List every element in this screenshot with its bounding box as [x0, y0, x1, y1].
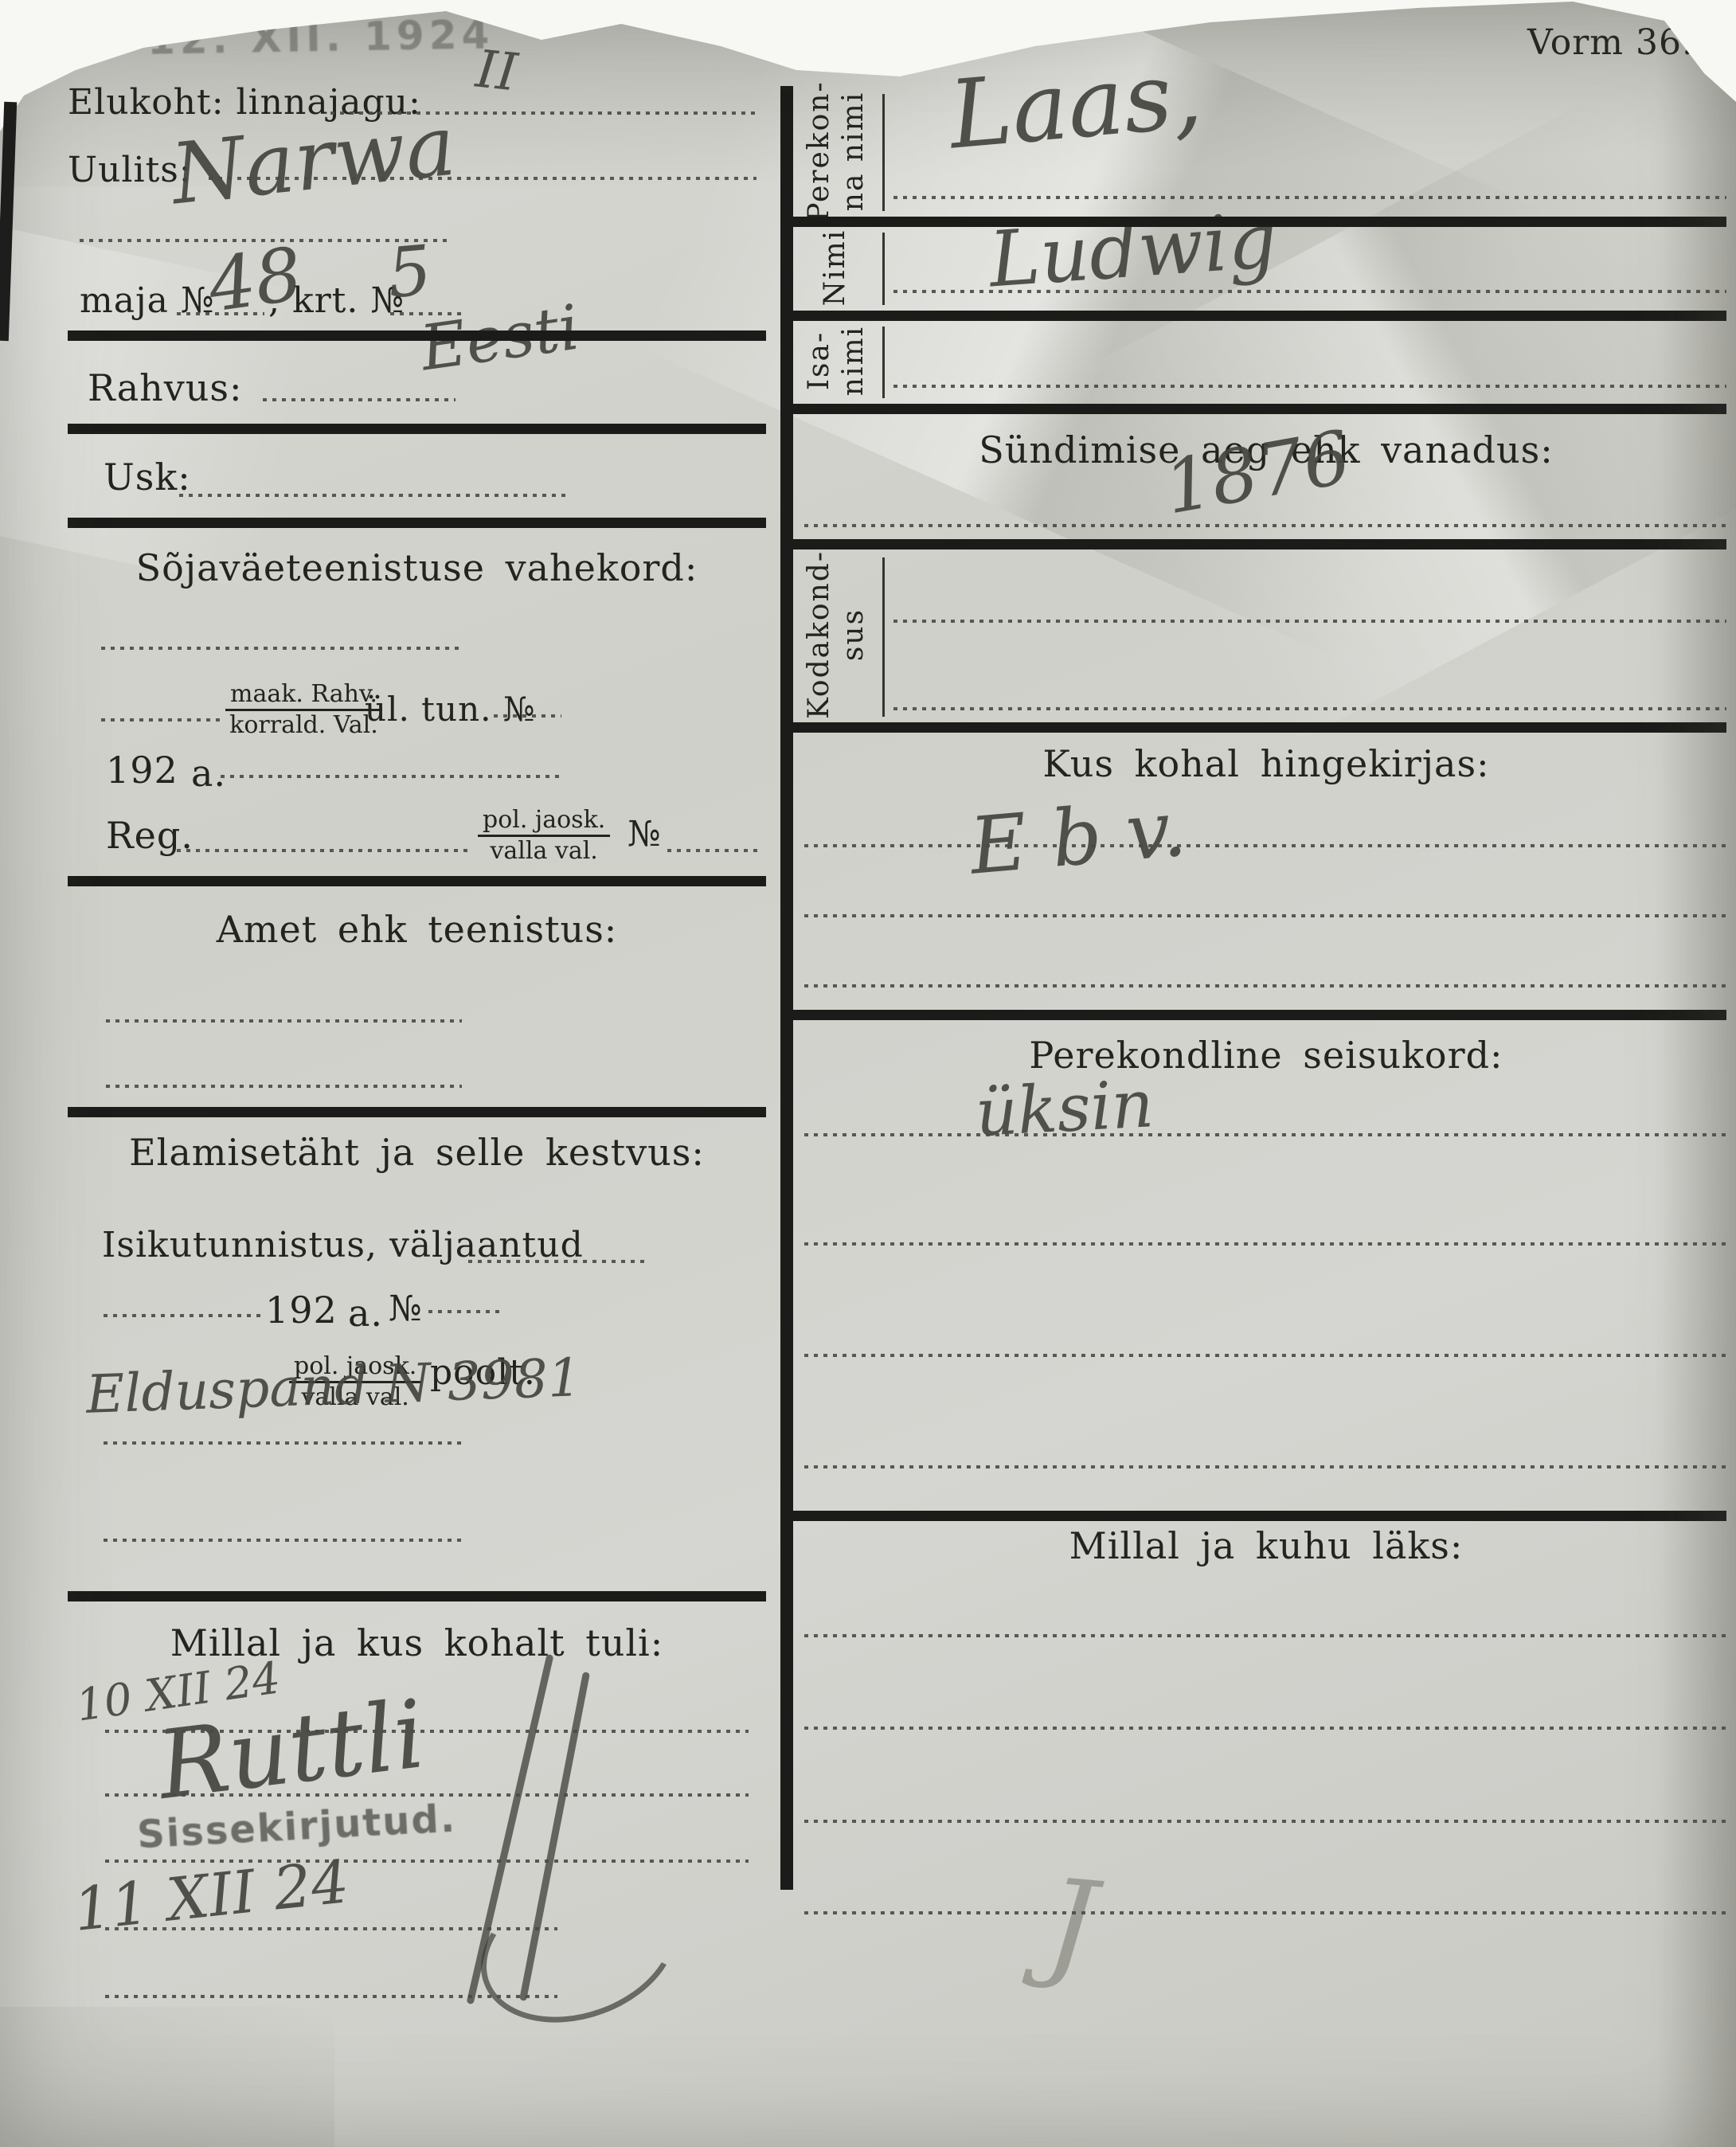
- divider: [68, 1591, 766, 1601]
- rahvus-label: Rahvus:: [88, 366, 242, 409]
- crease-diagonal-2: [1073, 90, 1736, 754]
- dotted-line: [104, 1441, 462, 1445]
- dotted-line: [804, 1820, 1726, 1823]
- dotted-line: [177, 849, 471, 852]
- no-sign-2: №: [389, 1289, 423, 1329]
- dotted-line: [105, 1860, 749, 1863]
- laks-heading: Millal ja kuhu läks:: [804, 1524, 1728, 1567]
- divider: [68, 424, 766, 434]
- no-sign-1: №: [628, 814, 662, 854]
- divider: [793, 1511, 1726, 1521]
- dotted-line: [263, 398, 456, 401]
- dotted-line: [106, 1019, 462, 1023]
- form-code: Vorm 36.: [1527, 22, 1694, 63]
- hingekirjas-value-handwritten: E b v.: [967, 783, 1190, 892]
- dotted-line: [804, 524, 1726, 527]
- sojavae-heading: Sõjaväeteenistuse vahekord:: [68, 546, 766, 589]
- dotted-line: [428, 1310, 500, 1313]
- label-separator: [882, 94, 885, 211]
- scanned-registration-card: 12. XII. 1924 Sissekirjutud. Vorm 36. El…: [0, 0, 1736, 2147]
- dotted-line: [105, 1793, 749, 1797]
- divider: [68, 518, 766, 528]
- column-divider: [780, 86, 793, 1890]
- divider: [793, 539, 1726, 549]
- elamisetaht-heading: Elamisetäht ja selle kestvus:: [68, 1131, 766, 1174]
- hingekirjas-heading: Kus kohal hingekirjas:: [804, 742, 1728, 785]
- divider: [793, 722, 1726, 733]
- maak-korrald-fraction: maak. Rahv. korrald. Val.: [225, 682, 382, 737]
- dotted-line: [494, 714, 561, 718]
- dotted-line: [804, 914, 1726, 917]
- perekondline-heading: Perekondline seisukord:: [804, 1034, 1728, 1077]
- amet-heading: Amet ehk teenistus:: [68, 908, 766, 951]
- isanimi-label: Isa- nimi: [802, 305, 869, 416]
- label-separator: [882, 557, 885, 717]
- dotted-line: [893, 707, 1726, 710]
- maak-fraction-bottom: korrald. Val.: [225, 711, 382, 738]
- dotted-line: [105, 1730, 749, 1733]
- label-separator: [882, 327, 885, 398]
- dotted-line: [105, 1927, 557, 1930]
- dotted-line: [104, 1314, 260, 1317]
- divider: [68, 876, 766, 886]
- divider: [793, 217, 1726, 227]
- dotted-line: [804, 1727, 1726, 1730]
- year-prefix-2: 192: [265, 1289, 338, 1332]
- dotted-line: [80, 239, 448, 242]
- elukoht-value-handwritten: II: [473, 40, 520, 104]
- millal-tuli-heading: Millal ja kus kohalt tuli:: [68, 1621, 766, 1664]
- dotted-line: [804, 1465, 1726, 1468]
- dotted-line: [104, 1539, 462, 1542]
- label-separator: [882, 233, 885, 305]
- dotted-line: [804, 844, 1726, 847]
- maak-fraction-top: maak. Rahv.: [225, 682, 382, 711]
- dotted-line: [893, 290, 1726, 293]
- krt-value-handwritten: 5: [385, 231, 435, 314]
- divider: [68, 1107, 766, 1117]
- perekonnanimi-value-handwritten: Laas,: [945, 38, 1206, 170]
- crease-bottom-left: [0, 2007, 334, 2147]
- paper: 12. XII. 1924 Sissekirjutud. Vorm 36. El…: [0, 0, 1736, 2147]
- nimi-value-handwritten: Ludwig: [987, 196, 1280, 305]
- dotted-line: [893, 620, 1726, 623]
- dotted-line: [221, 775, 561, 778]
- dotted-line: [330, 111, 757, 115]
- ul-tun-label: ül. tun. №: [365, 690, 536, 729]
- a-label-2: a.: [348, 1292, 383, 1335]
- dotted-line: [667, 849, 760, 852]
- perekondline-value-handwritten: üksin: [974, 1066, 1155, 1152]
- pol-fraction-top-1: pol. jaosk.: [478, 808, 610, 837]
- dotted-line: [893, 196, 1726, 199]
- dotted-line: [105, 1995, 557, 1998]
- isikutunnistus-value-handwritten: Elduspand N 3981: [85, 1347, 582, 1425]
- dotted-line: [804, 1242, 1726, 1246]
- dotted-line: [390, 312, 466, 315]
- dotted-line: [804, 1911, 1726, 1914]
- dotted-line: [179, 494, 567, 497]
- dotted-line: [804, 1133, 1726, 1136]
- dotted-line: [101, 718, 223, 722]
- dotted-line: [101, 647, 462, 650]
- perekonnanimi-label: Perekon- na nimi: [802, 72, 869, 231]
- pol-fraction-bottom-1: valla val.: [478, 837, 610, 864]
- usk-label: Usk:: [104, 456, 191, 499]
- dotted-line: [177, 312, 264, 315]
- divider: [793, 311, 1726, 321]
- dotted-line: [468, 1260, 647, 1263]
- pencil-mark-handwritten: J: [1042, 1854, 1101, 1996]
- pol-valla-fraction-1: pol. jaosk. valla val.: [478, 808, 610, 863]
- dotted-line: [804, 1634, 1726, 1637]
- divider: [793, 1010, 1726, 1020]
- dotted-line: [893, 385, 1726, 388]
- year-prefix-1: 192: [106, 749, 178, 792]
- dotted-line: [804, 984, 1726, 987]
- a-label-1: a.: [191, 752, 226, 795]
- divider: [793, 404, 1726, 414]
- dotted-line: [804, 1354, 1726, 1357]
- dotted-line: [209, 177, 757, 180]
- kodakondsus-label: Kodakond- sus: [802, 539, 869, 730]
- date-stamp: 12. XII. 1924: [147, 11, 495, 64]
- divider: [68, 330, 766, 341]
- dotted-line: [106, 1085, 462, 1088]
